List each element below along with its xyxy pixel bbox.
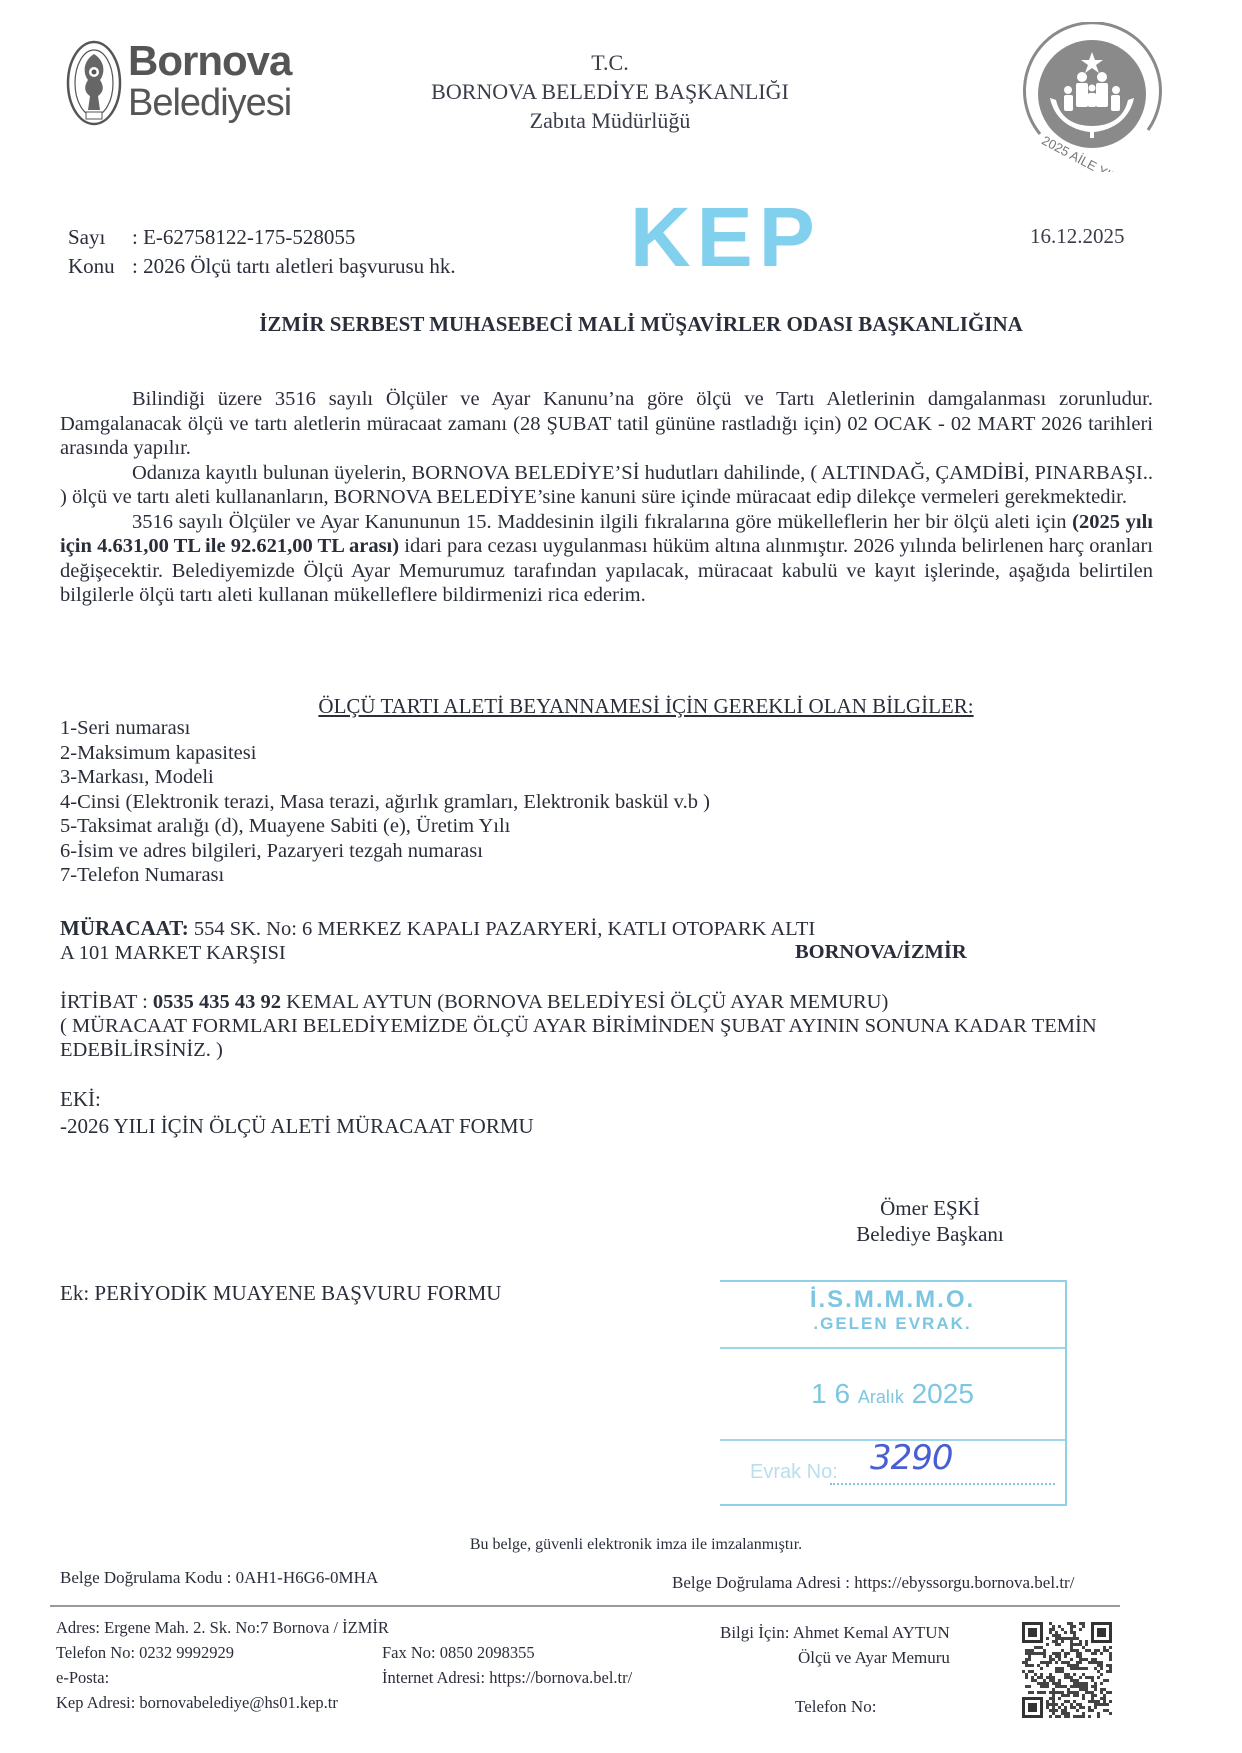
paragraph-2: Odanıza kayıtlı bulunan üyelerin, BORNOV… — [60, 461, 1153, 510]
letterhead-state: T.C. — [380, 48, 840, 77]
list-item: 4-Cinsi (Elektronik terazi, Masa terazi,… — [60, 790, 710, 815]
contact-phone: 0535 435 43 92 — [153, 991, 281, 1013]
verification-address[interactable]: Belge Doğrulama Adresi : https://ebyssor… — [672, 1573, 1074, 1593]
attachments: EKİ: -2026 YILI İÇİN ÖLÇÜ ALETİ MÜRACAAT… — [60, 1086, 534, 1140]
requirements-list: 1-Seri numarası 2-Maksimum kapasitesi 3-… — [60, 716, 710, 888]
addressee: İZMİR SERBEST MUHASEBECİ MALİ MÜŞAVİRLER… — [0, 312, 1242, 337]
qr-code-icon — [1022, 1622, 1112, 1718]
paragraph-3: 3516 sayılı Ölçüler ve Ayar Kanununun 15… — [60, 510, 1153, 608]
footer-fax: Fax No: 0850 2098355 — [382, 1640, 535, 1665]
list-item: 2-Maksimum kapasitesi — [60, 741, 710, 766]
application-address: MÜRACAAT: 554 SK. No: 6 MERKEZ KAPALI PA… — [60, 916, 1000, 965]
verification-code: Belge Doğrulama Kodu : 0AH1-H6G6-0MHA — [60, 1568, 378, 1588]
footer-divider — [50, 1605, 1120, 1607]
attached-form-note: Ek: PERİYODİK MUAYENE BAŞVURU FORMU — [60, 1281, 501, 1306]
list-item: 7-Telefon Numarası — [60, 863, 710, 888]
list-item: 3-Markası, Modeli — [60, 765, 710, 790]
info-contact-phone: Telefon No: — [720, 1694, 950, 1719]
signature-block: Ömer EŞKİ Belediye Başkanı — [830, 1195, 1030, 1247]
list-item: 6-İsim ve adres bilgileri, Pazaryeri tez… — [60, 839, 710, 864]
application-city: BORNOVA/İZMİR — [795, 940, 967, 964]
attachment-item: -2026 YILI İÇİN ÖLÇÜ ALETİ MÜRACAAT FORM… — [60, 1113, 534, 1140]
stamp-org: İ.S.M.M.M.O. — [720, 1282, 1065, 1314]
letterhead-department: Zabıta Müdürlüğü — [380, 106, 840, 135]
esignature-note: Bu belge, güvenli elektronik imza ile im… — [0, 1536, 1242, 1554]
letter-body: Bilindiği üzere 3516 sayılı Ölçüler ve A… — [60, 387, 1153, 608]
reference-number: Sayı: E-62758122-175-528055 — [68, 223, 456, 252]
footer-info-contact: Bilgi İçin: Ahmet Kemal AYTUN Ölçü ve Ay… — [720, 1620, 950, 1719]
footer-contact: Adres: Ergene Mah. 2. Sk. No:7 Bornova /… — [56, 1615, 389, 1715]
stamp-type: .GELEN EVRAK. — [720, 1314, 1065, 1334]
footer-website[interactable]: İnternet Adresi: https://bornova.bel.tr/ — [382, 1665, 632, 1690]
info-contact-title: Ölçü ve Ayar Memuru — [720, 1645, 950, 1670]
footer-phone: Telefon No: 0232 9992929 — [56, 1643, 234, 1662]
document-date: 16.12.2025 — [1030, 224, 1125, 249]
info-contact-name: Bilgi İçin: Ahmet Kemal AYTUN — [720, 1620, 950, 1645]
subject: Konu: 2026 Ölçü tartı aletleri başvurusu… — [68, 252, 456, 281]
logo-subtitle: Belediyesi — [128, 82, 291, 124]
paragraph-1: Bilindiği üzere 3516 sayılı Ölçüler ve A… — [60, 387, 1153, 461]
family-year-logo-icon: 2025 AİLE YILI — [1010, 22, 1170, 172]
letterhead: T.C. BORNOVA BELEDİYE BAŞKANLIĞI Zabıta … — [380, 48, 840, 135]
document-meta: Sayı: E-62758122-175-528055 Konu: 2026 Ö… — [68, 223, 456, 281]
contact-note: ( MÜRACAAT FORMLARI BELEDİYEMİZDE ÖLÇÜ A… — [60, 1014, 1153, 1062]
list-item: 5-Taksimat aralığı (d), Muayene Sabiti (… — [60, 814, 710, 839]
contact-info: İRTİBAT : 0535 435 43 92 KEMAL AYTUN (BO… — [60, 990, 1153, 1062]
logo-title: Bornova — [128, 38, 291, 84]
municipality-emblem-icon — [66, 40, 122, 126]
stamp-evrak-number: 3290 — [870, 1427, 953, 1489]
receipt-stamp: İ.S.M.M.M.O. .GELEN EVRAK. 1 6 Aralık 20… — [720, 1280, 1067, 1506]
footer-email: e-Posta: — [56, 1668, 109, 1687]
footer-kep[interactable]: Kep Adresi: bornovabelediye@hs01.kep.tr — [56, 1693, 338, 1712]
bornova-logo: Bornova Belediyesi — [66, 38, 286, 128]
stamp-evrak-label: Evrak No: — [750, 1461, 838, 1483]
signer-title: Belediye Başkanı — [830, 1221, 1030, 1247]
list-item: 1-Seri numarası — [60, 716, 710, 741]
application-label: MÜRACAAT: — [60, 916, 189, 940]
footer-address: Adres: Ergene Mah. 2. Sk. No:7 Bornova /… — [56, 1618, 389, 1637]
signer-name: Ömer EŞKİ — [830, 1195, 1030, 1221]
kep-stamp: KEP — [630, 195, 821, 279]
letterhead-institution: BORNOVA BELEDİYE BAŞKANLIĞI — [380, 77, 840, 106]
